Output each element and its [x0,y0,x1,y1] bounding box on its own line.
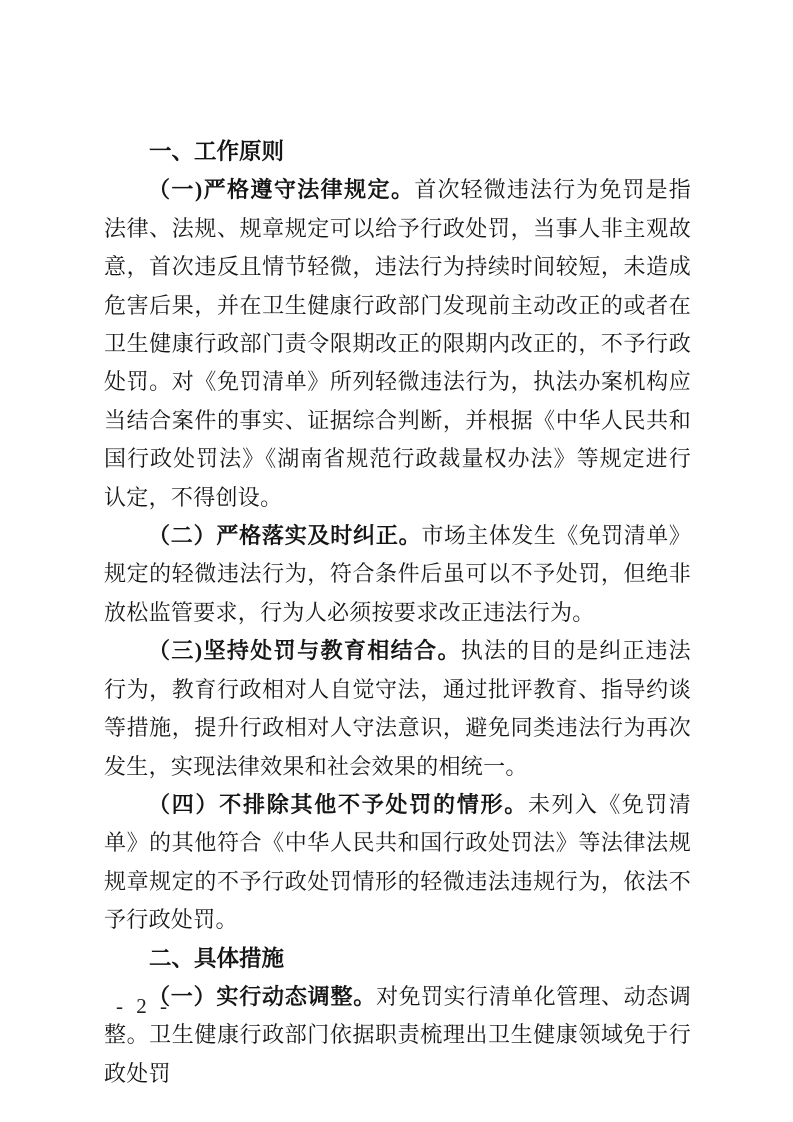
paragraph-5-lead: （一）实行动态调整。 [148,984,376,1009]
page-number: - 2 - [116,994,171,1019]
section-heading-specific-measures: 二、具体措施 [104,940,691,978]
paragraph-2-lead: （二）严格落实及时纠正。 [148,523,421,548]
paragraph-4-lead: （四）不排除其他不予处罚的情形。 [148,792,528,817]
paragraph-2: （二）严格落实及时纠正。市场主体发生《免罚清单》规定的轻微违法行为，符合条件后虽… [104,517,691,632]
section-heading-work-principles: 一、工作原则 [104,133,691,171]
paragraph-1-lead: （一)严格遵守法律规定。 [148,177,414,202]
paragraph-4: （四）不排除其他不予处罚的情形。未列入《免罚清单》的其他符合《中华人民共和国行政… [104,786,691,940]
document-body: 一、工作原则 （一)严格遵守法律规定。首次轻微违法行为免罚是指法律、法规、规章规… [104,133,691,1093]
paragraph-1: （一)严格遵守法律规定。首次轻微违法行为免罚是指法律、法规、规章规定可以给予行政… [104,171,691,517]
paragraph-5: （一）实行动态调整。对免罚实行清单化管理、动态调整。卫生健康行政部门依据职责梳理… [104,978,691,1093]
paragraph-3: （三)坚持处罚与教育相结合。执法的目的是纠正违法行为，教育行政相对人自觉守法，通… [104,632,691,786]
paragraph-3-lead: （三)坚持处罚与教育相结合。 [148,638,461,663]
document-page: 一、工作原则 （一)严格遵守法律规定。首次轻微违法行为免罚是指法律、法规、规章规… [0,0,793,1122]
paragraph-1-text: 首次轻微违法行为免罚是指法律、法规、规章规定可以给予行政处罚，当事人非主观故意，… [104,177,691,509]
